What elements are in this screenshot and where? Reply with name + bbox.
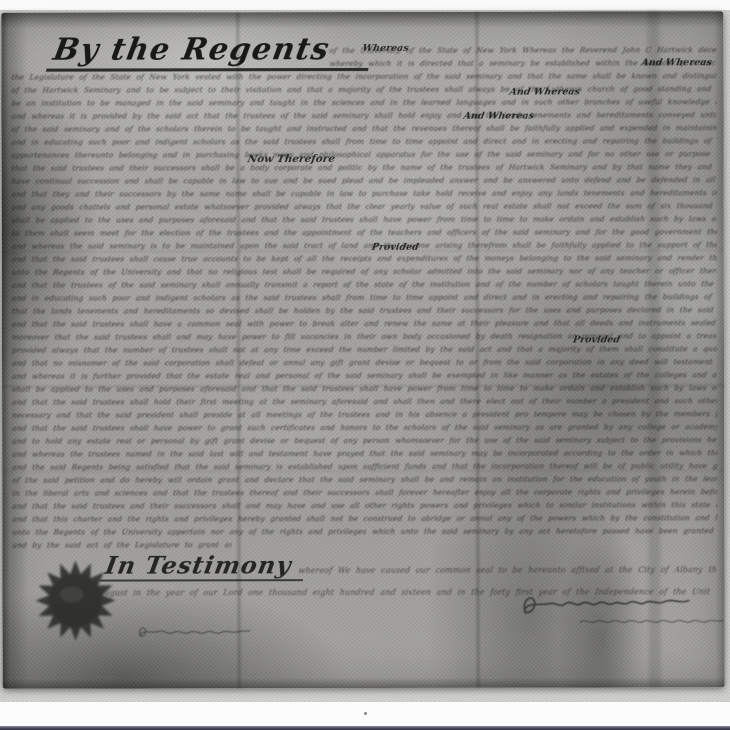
- testimony-heading: In Testimony: [100, 550, 308, 581]
- photo-bottom-edge: [0, 726, 730, 730]
- testimony-line: whereof We have caused our common seal t…: [298, 563, 718, 577]
- script-line: unto the Regents of the University apper…: [12, 524, 718, 538]
- photo-top-margin: [0, 0, 730, 10]
- charter-document: By the Regents of the University of the …: [1, 11, 724, 689]
- dust-speck: [364, 712, 367, 715]
- photo-mat: By the Regents of the University of the …: [0, 10, 730, 702]
- photo-bottom-margin: [0, 702, 730, 726]
- sunburst-wax-seal: [33, 559, 117, 643]
- signature-title-scrawl: [578, 614, 726, 626]
- countersignature-scrawl: [135, 624, 253, 640]
- document-heading: By the Regents: [46, 32, 375, 72]
- photograph-of-charter: By the Regents of the University of the …: [0, 0, 730, 730]
- document-body-script: of the University of the State of New Yo…: [11, 43, 717, 551]
